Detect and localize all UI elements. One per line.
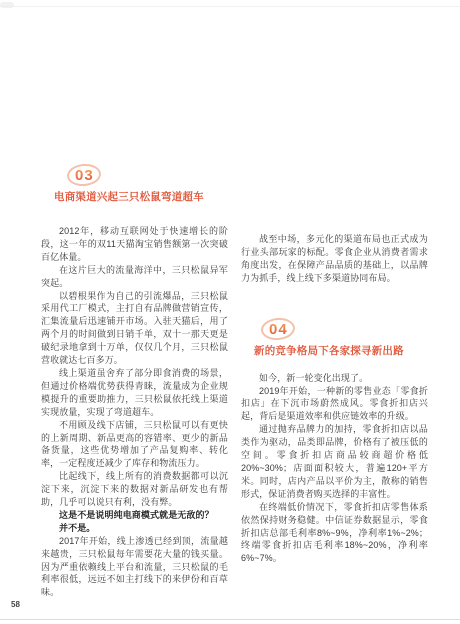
right-column: 战至中场，多元化的渠道布局也正式成为行业头部玩家的标配。零食企业从消费者需求角度… <box>241 233 428 565</box>
section-03-continuation: 战至中场，多元化的渠道布局也正式成为行业头部玩家的标配。零食企业从消费者需求角度… <box>241 233 428 285</box>
paragraph: 不用顾及线下店铺，三只松鼠可以有更快的上新周期、新品更高的容错率、更少的新品备货… <box>41 419 228 471</box>
emphasized-answer: 并不是。 <box>41 522 228 535</box>
paragraph: 线上渠道虽舍弃了部分即食消费的场景，但通过价格端优势获得青睐，流量成为企业规模提… <box>41 367 228 419</box>
left-column: 03 电商渠道兴起三只松鼠弯道超车 2012年，移动互联网处于快速增长的阶段，这… <box>41 164 228 599</box>
paragraph: 战至中场，多元化的渠道布局也正式成为行业头部玩家的标配。零食企业从消费者需求角度… <box>241 233 428 285</box>
paragraph: 以碧根果作为自己的引流爆品，三只松鼠采用代工厂模式，主打自有品牌做营销宣传，汇集… <box>41 290 228 367</box>
document-page: 03 电商渠道兴起三只松鼠弯道超车 2012年，移动互联网处于快速增长的阶段，这… <box>0 0 460 624</box>
emphasized-question: 这是不是说明纯电商模式就是无敌的？ <box>41 509 228 522</box>
section-number-ring: 03 <box>66 163 102 188</box>
paragraph: 2012年，移动互联网处于快速增长的阶段，这一年的双11天猫淘宝销售额第一次突破… <box>41 225 228 264</box>
section-number: 03 <box>75 168 94 183</box>
section-number: 04 <box>269 321 288 336</box>
section-title: 新的竞争格局下各家探寻新出路 <box>254 345 428 358</box>
paragraph: 在这片巨大的流量海洋中，三只松鼠异军突起。 <box>41 264 228 290</box>
paragraph: 如今，新一轮变化出现了。 <box>241 372 428 385</box>
section-04-body: 如今，新一轮变化出现了。 2019年开始，一种新的零售业态「零食折扣店」在下沉市… <box>241 372 428 566</box>
section-04-header: 04 新的竞争格局下各家探寻新出路 <box>241 318 428 358</box>
paragraph: 2019年开始，一种新的零售业态「零食折扣店」在下沉市场蔚然成风。零食折扣店兴起… <box>241 385 428 424</box>
page-number: 58 <box>11 600 20 609</box>
section-number-ring: 04 <box>260 316 296 341</box>
paragraph: 比起线下，线上所有的消费数据都可以沉淀下来，沉淀下来的数据对新品研发也有帮助，几… <box>41 470 228 509</box>
scan-artifact <box>0 2 14 8</box>
paragraph: 2017年开始，线上渗透已经到顶，流量越来越贵，三只松鼠每年需要花大量的钱买量。… <box>41 535 228 600</box>
page-bottom-edge <box>0 619 460 620</box>
page-top-edge <box>0 6 460 7</box>
section-03-header: 03 电商渠道兴起三只松鼠弯道超车 <box>41 164 228 204</box>
section-03-body: 2012年，移动互联网处于快速增长的阶段，这一年的双11天猫淘宝销售额第一次突破… <box>41 225 228 599</box>
paragraph: 在终端低价情况下，零食折扣店零售体系依然保持财务稳健。中信证券数据显示，零食折扣… <box>241 501 428 566</box>
paragraph: 通过抛弃品牌力的加持，零食折扣店以品类作为驱动，品类即品牌，价格有了被压低的空间… <box>241 423 428 500</box>
section-title: 电商渠道兴起三只松鼠弯道超车 <box>54 191 228 204</box>
